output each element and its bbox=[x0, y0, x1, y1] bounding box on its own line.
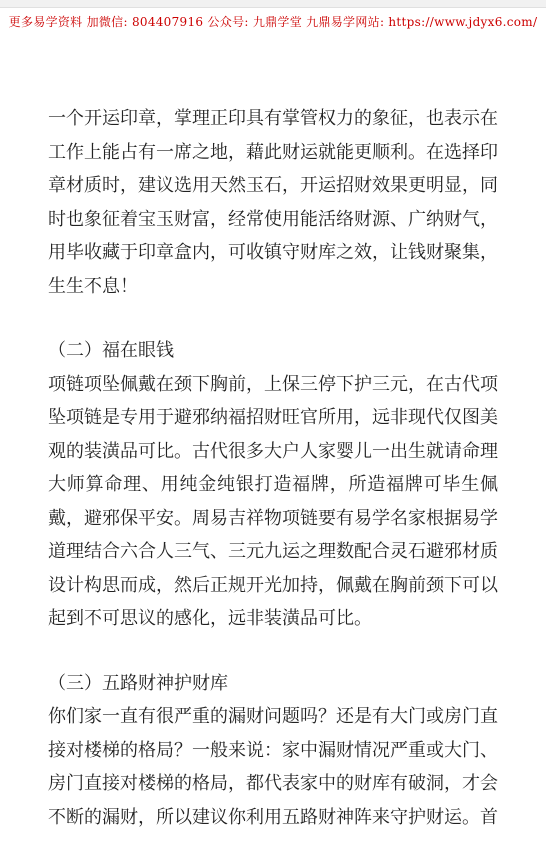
section-body-fu-zai-yan-qian: 项链项坠佩戴在颈下胸前，上保三停下护三元，在古代项坠项链是专用于避邪纳福招财旺官… bbox=[48, 368, 498, 636]
paragraph-intro: 一个开运印章，掌理正印具有掌管权力的象征，也表示在工作上能占有一席之地，藉此财运… bbox=[48, 102, 498, 303]
document-content: 一个开运印章，掌理正印具有掌管权力的象征，也表示在工作上能占有一席之地，藉此财运… bbox=[0, 30, 546, 834]
promo-header: 更多易学资料 加微信: 804407916 公众号: 九鼎学堂 九鼎易学网站: … bbox=[0, 13, 546, 30]
page-top-edge bbox=[0, 0, 546, 8]
section-body-wu-lu-cai-shen: 你们家一直有很严重的漏财问题吗？还是有大门或房门直接对楼梯的格局？一般来说：家中… bbox=[48, 700, 498, 834]
section-heading-wu-lu-cai-shen: （三）五路财神护财库 bbox=[48, 667, 498, 701]
promo-text: 更多易学资料 加微信: 804407916 公众号: 九鼎学堂 九鼎易学网站: … bbox=[9, 15, 538, 29]
document-page: 更多易学资料 加微信: 804407916 公众号: 九鼎学堂 九鼎易学网站: … bbox=[0, 0, 546, 842]
section-heading-fu-zai-yan-qian: （二）福在眼钱 bbox=[48, 334, 498, 368]
